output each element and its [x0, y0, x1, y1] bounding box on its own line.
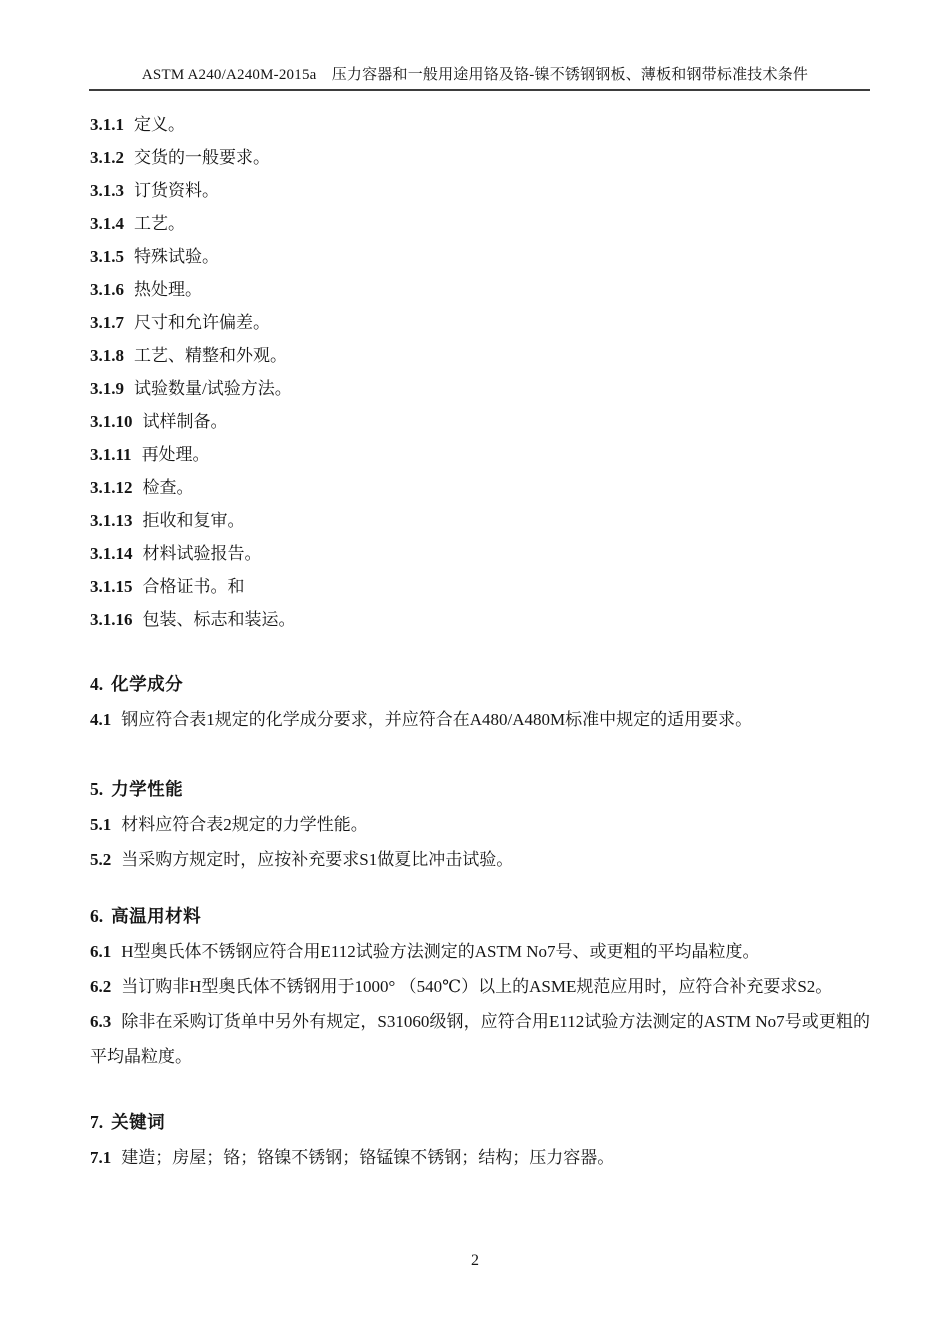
- list-item: 3.1.13拒收和复审。: [90, 504, 870, 537]
- paragraph-number: 6.3: [90, 1012, 111, 1031]
- list-item: 3.1.15合格证书。和: [90, 570, 870, 603]
- section-heading: 6.高温用材料: [90, 899, 870, 934]
- paragraph-number: 5.2: [90, 850, 111, 869]
- paragraph: 5.1材料应符合表2规定的力学性能。: [90, 807, 870, 842]
- paragraph-number: 6.2: [90, 977, 111, 996]
- section-heading: 7.关键词: [90, 1105, 870, 1140]
- item-number: 3.1.2: [90, 148, 124, 167]
- paragraph: 6.3除非在采购订货单中另外有规定，S31060级钢，应符合用E112试验方法测…: [90, 1004, 870, 1074]
- item-text: 再处理。: [142, 445, 210, 464]
- list-item: 3.1.12检查。: [90, 471, 870, 504]
- item-text: 工艺。: [134, 214, 185, 233]
- paragraph-text: 材料应符合表2规定的力学性能。: [121, 815, 368, 834]
- item-text: 交货的一般要求。: [134, 148, 270, 167]
- item-text: 特殊试验。: [134, 247, 219, 266]
- item-number: 3.1.8: [90, 346, 124, 365]
- running-header-text: ASTM A240/A240M-2015a 压力容器和一般用途用铬及铬-镍不锈钢…: [142, 67, 808, 83]
- paragraph: 7.1建造；房屋；铬；铬镍不锈钢；铬锰镍不锈钢；结构；压力容器。: [90, 1140, 870, 1175]
- section-title: 关键词: [111, 1112, 165, 1132]
- list-item: 3.1.6热处理。: [90, 273, 870, 306]
- item-number: 3.1.14: [90, 544, 133, 563]
- list-item: 3.1.7尺寸和允许偏差。: [90, 306, 870, 339]
- section-chemical-composition: 4.化学成分 4.1钢应符合表1规定的化学成分要求，并应符合在A480/A480…: [90, 667, 870, 737]
- paragraph-text: H型奥氏体不锈钢应符合用E112试验方法测定的ASTM No7号、或更粗的平均晶…: [121, 942, 759, 961]
- paragraph-number: 7.1: [90, 1148, 111, 1167]
- paragraph: 6.2当订购非H型奥氏体不锈钢用于1000° （540℃）以上的ASME规范应用…: [90, 969, 870, 1004]
- item-number: 3.1.15: [90, 577, 133, 596]
- list-item: 3.1.3订货资料。: [90, 174, 870, 207]
- item-text: 合格证书。和: [143, 577, 245, 596]
- item-text: 订货资料。: [134, 181, 219, 200]
- section-number: 5.: [90, 779, 103, 799]
- item-number: 3.1.6: [90, 280, 124, 299]
- item-number: 3.1.3: [90, 181, 124, 200]
- paragraph: 5.2当采购方规定时，应按补充要求S1做夏比冲击试验。: [90, 842, 870, 877]
- section-heading: 5.力学性能: [90, 772, 870, 807]
- item-text: 试验数量/试验方法。: [134, 379, 292, 398]
- list-item: 3.1.9试验数量/试验方法。: [90, 372, 870, 405]
- item-text: 工艺、精整和外观。: [134, 346, 287, 365]
- section-mechanical-properties: 5.力学性能 5.1材料应符合表2规定的力学性能。 5.2当采购方规定时，应按补…: [90, 772, 870, 877]
- item-number: 3.1.11: [90, 445, 132, 464]
- item-number: 3.1.9: [90, 379, 124, 398]
- item-text: 试样制备。: [143, 412, 228, 431]
- paragraph-text: 钢应符合表1规定的化学成分要求，并应符合在A480/A480M标准中规定的适用要…: [121, 710, 752, 729]
- paragraph-text: 建造；房屋；铬；铬镍不锈钢；铬锰镍不锈钢；结构；压力容器。: [121, 1148, 614, 1167]
- paragraph-number: 6.1: [90, 942, 111, 961]
- list-item: 3.1.1定义。: [90, 108, 870, 141]
- item-text: 检查。: [143, 478, 194, 497]
- list-item: 3.1.2交货的一般要求。: [90, 141, 870, 174]
- item-number: 3.1.12: [90, 478, 133, 497]
- paragraph: 6.1H型奥氏体不锈钢应符合用E112试验方法测定的ASTM No7号、或更粗的…: [90, 934, 870, 969]
- section-number: 7.: [90, 1112, 103, 1132]
- item-number: 3.1.5: [90, 247, 124, 266]
- definitions-list: 3.1.1定义。 3.1.2交货的一般要求。 3.1.3订货资料。 3.1.4工…: [90, 108, 870, 636]
- paragraph-text: 除非在采购订货单中另外有规定，S31060级钢，应符合用E112试验方法测定的A…: [90, 1012, 870, 1066]
- running-header: ASTM A240/A240M-2015a 压力容器和一般用途用铬及铬-镍不锈钢…: [0, 0, 950, 84]
- item-text: 尺寸和允许偏差。: [134, 313, 270, 332]
- paragraph-number: 4.1: [90, 710, 111, 729]
- paragraph-text: 当订购非H型奥氏体不锈钢用于1000° （540℃）以上的ASME规范应用时，应…: [121, 977, 832, 996]
- paragraph-number: 5.1: [90, 815, 111, 834]
- list-item: 3.1.16包装、标志和装运。: [90, 603, 870, 636]
- section-heading: 4.化学成分: [90, 667, 870, 702]
- item-number: 3.1.16: [90, 610, 133, 629]
- list-item: 3.1.8工艺、精整和外观。: [90, 339, 870, 372]
- item-text: 定义。: [134, 115, 185, 134]
- item-text: 材料试验报告。: [143, 544, 262, 563]
- list-item: 3.1.4工艺。: [90, 207, 870, 240]
- header-rule: [89, 89, 870, 91]
- page-content: 3.1.1定义。 3.1.2交货的一般要求。 3.1.3订货资料。 3.1.4工…: [90, 108, 870, 1175]
- section-number: 4.: [90, 674, 103, 694]
- paragraph-text: 当采购方规定时，应按补充要求S1做夏比冲击试验。: [121, 850, 513, 869]
- section-title: 化学成分: [111, 674, 183, 694]
- section-title: 高温用材料: [111, 906, 201, 926]
- document-page: ASTM A240/A240M-2015a 压力容器和一般用途用铬及铬-镍不锈钢…: [0, 0, 950, 1344]
- section-keywords: 7.关键词 7.1建造；房屋；铬；铬镍不锈钢；铬锰镍不锈钢；结构；压力容器。: [90, 1105, 870, 1175]
- list-item: 3.1.5特殊试验。: [90, 240, 870, 273]
- item-number: 3.1.1: [90, 115, 124, 134]
- section-title: 力学性能: [111, 779, 183, 799]
- item-text: 包装、标志和装运。: [143, 610, 296, 629]
- page-number: 2: [0, 1252, 950, 1270]
- list-item: 3.1.14材料试验报告。: [90, 537, 870, 570]
- list-item: 3.1.11再处理。: [90, 438, 870, 471]
- item-number: 3.1.7: [90, 313, 124, 332]
- list-item: 3.1.10试样制备。: [90, 405, 870, 438]
- section-high-temperature-materials: 6.高温用材料 6.1H型奥氏体不锈钢应符合用E112试验方法测定的ASTM N…: [90, 899, 870, 1074]
- item-text: 拒收和复审。: [143, 511, 245, 530]
- item-number: 3.1.13: [90, 511, 133, 530]
- item-number: 3.1.10: [90, 412, 133, 431]
- section-number: 6.: [90, 906, 103, 926]
- item-number: 3.1.4: [90, 214, 124, 233]
- paragraph: 4.1钢应符合表1规定的化学成分要求，并应符合在A480/A480M标准中规定的…: [90, 702, 870, 737]
- item-text: 热处理。: [134, 280, 202, 299]
